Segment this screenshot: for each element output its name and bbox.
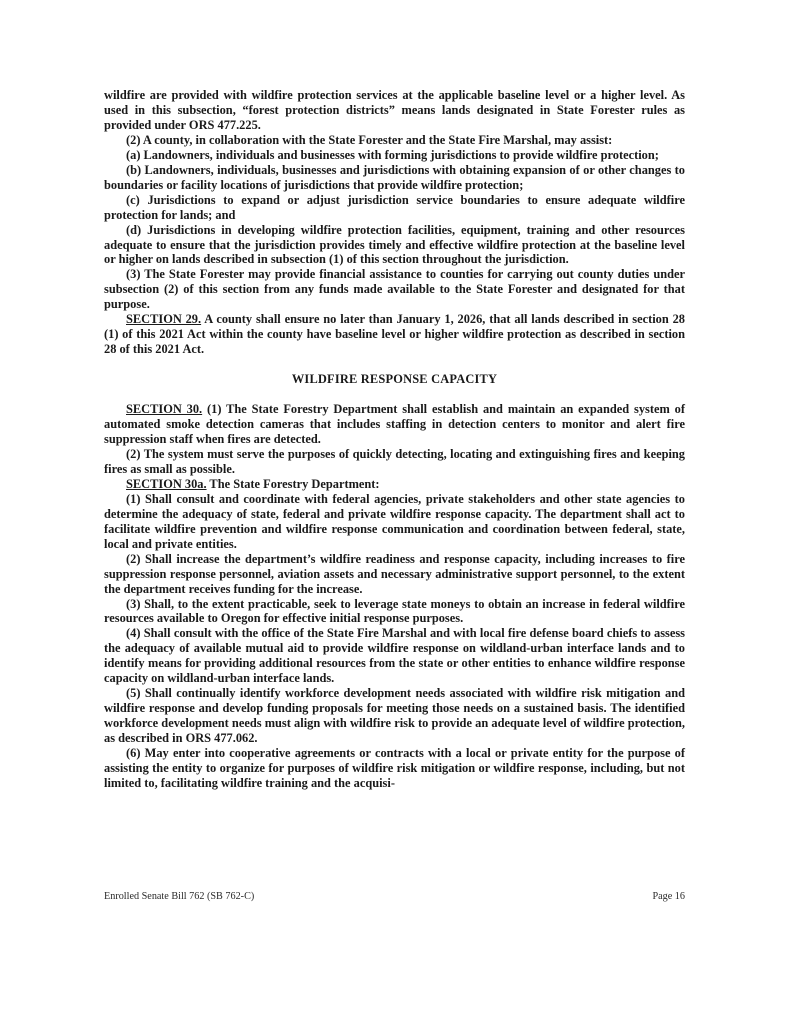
paragraph-section28-3: (3) The State Forester may provide finan… xyxy=(104,267,685,312)
section-29-label: SECTION 29. xyxy=(126,312,201,326)
paragraph-section30a-6: (6) May enter into cooperative agreement… xyxy=(104,746,685,791)
paragraph-section30-2: (2) The system must serve the purposes o… xyxy=(104,447,685,477)
section-30-label: SECTION 30. xyxy=(126,402,202,416)
paragraph-continuation: wildfire are provided with wildfire prot… xyxy=(104,88,685,133)
paragraph-section30a-1: (1) Shall consult and coordinate with fe… xyxy=(104,492,685,552)
paragraph-section30-1: SECTION 30. (1) The State Forestry Depar… xyxy=(104,402,685,447)
paragraph-section30a-3: (3) Shall, to the extent practicable, se… xyxy=(104,597,685,627)
paragraph-section30a-5: (5) Shall continually identify workforce… xyxy=(104,686,685,746)
paragraph-section30a-4: (4) Shall consult with the office of the… xyxy=(104,626,685,686)
footer-bill-title: Enrolled Senate Bill 762 (SB 762-C) xyxy=(104,891,254,902)
paragraph-section28-2: (2) A county, in collaboration with the … xyxy=(104,133,685,148)
section-30a-label: SECTION 30a. xyxy=(126,477,207,491)
footer-page-number: Page 16 xyxy=(652,891,685,902)
paragraph-section28-2b: (b) Landowners, individuals, businesses … xyxy=(104,163,685,193)
paragraph-section29: SECTION 29. A county shall ensure no lat… xyxy=(104,312,685,357)
paragraph-section30a: SECTION 30a. The State Forestry Departme… xyxy=(104,477,685,492)
section-heading: WILDFIRE RESPONSE CAPACITY xyxy=(104,372,685,387)
paragraph-section28-2d: (d) Jurisdictions in developing wildfire… xyxy=(104,223,685,268)
paragraph-section30a-2: (2) Shall increase the department’s wild… xyxy=(104,552,685,597)
paragraph-section28-2c: (c) Jurisdictions to expand or adjust ju… xyxy=(104,193,685,223)
section-30a-text: The State Forestry Department: xyxy=(207,477,380,491)
page-footer: Enrolled Senate Bill 762 (SB 762-C) Page… xyxy=(104,891,685,902)
document-body: wildfire are provided with wildfire prot… xyxy=(104,88,685,791)
paragraph-section28-2a: (a) Landowners, individuals and business… xyxy=(104,148,685,163)
